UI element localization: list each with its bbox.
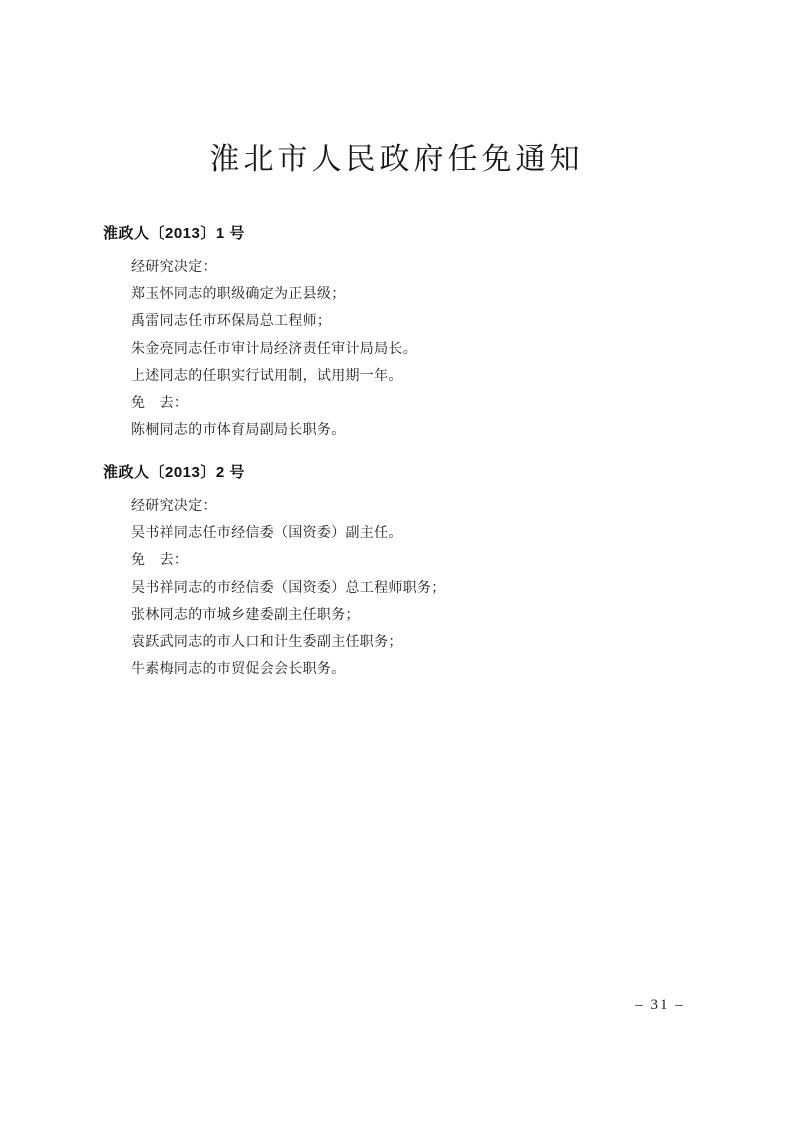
body-line: 陈桐同志的市体育局副局长职务。 xyxy=(103,417,663,444)
body-line: 免 去： xyxy=(103,390,663,417)
notice-body-2: 经研究决定：吴书祥同志任市经信委（国资委）副主任。免 去：吴书祥同志的市经信委（… xyxy=(103,493,663,683)
body-line: 经研究决定： xyxy=(103,254,663,281)
body-line: 禹雷同志任市环保局总工程师； xyxy=(103,308,663,335)
body-line: 免 去： xyxy=(103,547,663,574)
body-line: 朱金亮同志任市审计局经济责任审计局局长。 xyxy=(103,336,663,363)
doc-number-1: 淮政人〔2013〕1 号 xyxy=(103,224,663,244)
body-line: 郑玉怀同志的职级确定为正县级； xyxy=(103,281,663,308)
document-page: 淮北市人民政府任免通知 淮政人〔2013〕1 号 经研究决定：郑玉怀同志的职级确… xyxy=(0,0,793,1122)
body-line: 吴书祥同志的市经信委（国资委）总工程师职务； xyxy=(103,575,663,602)
body-line: 经研究决定： xyxy=(103,493,663,520)
body-line: 上述同志的任职实行试用制，试用期一年。 xyxy=(103,363,663,390)
body-line: 袁跃武同志的市人口和计生委副主任职务； xyxy=(103,629,663,656)
page-number: – 31 – xyxy=(610,996,710,1014)
notice-section-1: 淮政人〔2013〕1 号 经研究决定：郑玉怀同志的职级确定为正县级；禹雷同志任市… xyxy=(103,224,663,444)
notice-body-1: 经研究决定：郑玉怀同志的职级确定为正县级；禹雷同志任市环保局总工程师；朱金亮同志… xyxy=(103,254,663,444)
doc-number-2: 淮政人〔2013〕2 号 xyxy=(103,463,663,483)
body-line: 吴书祥同志任市经信委（国资委）副主任。 xyxy=(103,520,663,547)
body-line: 牛素梅同志的市贸促会会长职务。 xyxy=(103,656,663,683)
document-title: 淮北市人民政府任免通知 xyxy=(0,138,793,182)
body-line: 张林同志的市城乡建委副主任职务； xyxy=(103,602,663,629)
notice-section-2: 淮政人〔2013〕2 号 经研究决定：吴书祥同志任市经信委（国资委）副主任。免 … xyxy=(103,463,663,683)
